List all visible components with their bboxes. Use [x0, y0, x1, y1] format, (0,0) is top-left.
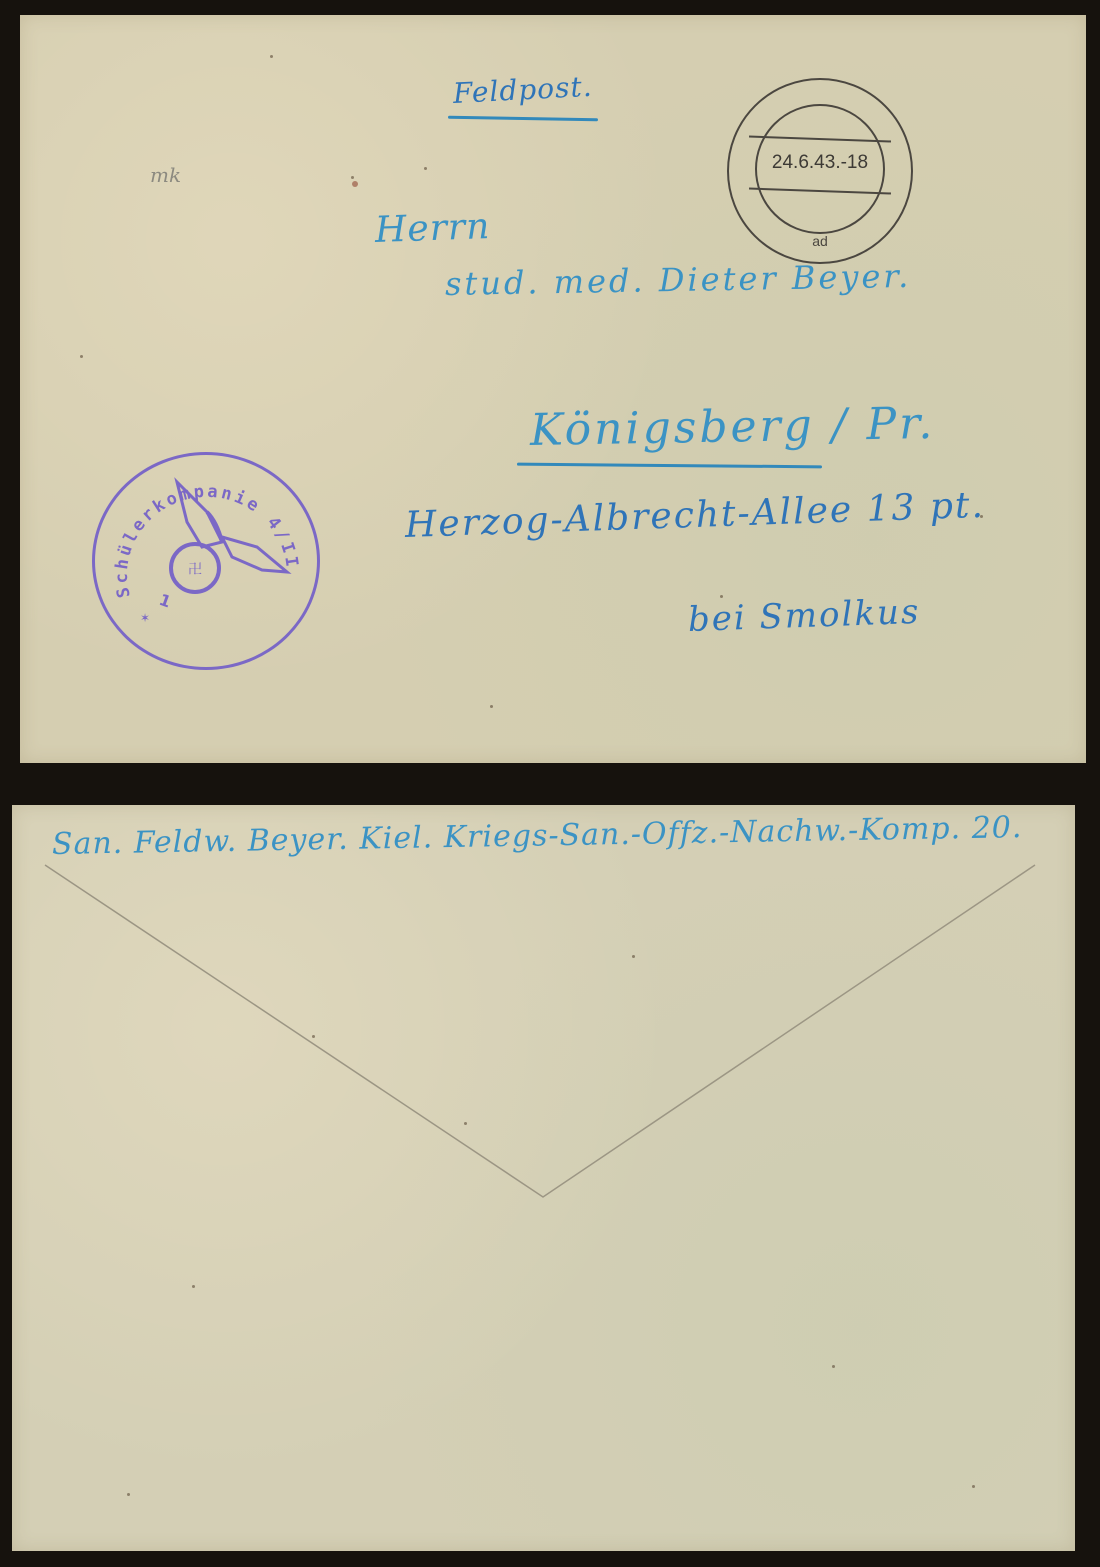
paper-speck — [312, 1035, 315, 1038]
pencil-mark: mk — [150, 163, 181, 187]
eagle-emblem-icon: Schülerkompanie 4/II 卍 1 ✶ — [92, 452, 320, 670]
paper-speck — [632, 955, 635, 958]
paper-speck — [127, 1493, 130, 1496]
paper-speck — [270, 55, 273, 58]
postmark-cancellation: 24.6.43.-18 ad — [727, 78, 913, 264]
city-underline — [517, 463, 822, 469]
address-street: Herzog-Albrecht-Allee 13 pt. — [404, 485, 985, 546]
paper-speck — [972, 1485, 975, 1488]
paper-speck — [720, 595, 723, 598]
address-salutation: Herrn — [374, 206, 491, 251]
svg-text:Schülerkompanie 4/II: Schülerkompanie 4/II — [112, 482, 302, 600]
paper-speck — [424, 167, 427, 170]
svg-text:1: 1 — [157, 590, 174, 612]
paper-stain — [352, 181, 358, 187]
paper-speck — [832, 1365, 835, 1368]
envelope-flap-lines — [12, 805, 1075, 1551]
svg-text:✶: ✶ — [140, 611, 150, 625]
address-city: Königsberg / Pr. — [530, 398, 936, 456]
postmark-date: 24.6.43.-18 — [755, 152, 885, 174]
paper-speck — [192, 1285, 195, 1288]
address-care-of: bei Smolkus — [687, 592, 921, 640]
paper-speck — [490, 705, 493, 708]
paper-speck — [351, 176, 354, 179]
paper-speck — [464, 1122, 467, 1125]
paper-speck — [80, 355, 83, 358]
address-name: stud. med. Dieter Beyer. — [445, 257, 912, 303]
feldpost-note: Feldpost. — [452, 70, 593, 110]
feldpost-underline — [448, 116, 598, 122]
svg-text:卍: 卍 — [188, 562, 202, 578]
envelope-back: San. Feldw. Beyer. Kiel. Kriegs-San.-Off… — [12, 805, 1075, 1551]
postmark-code: ad — [727, 233, 913, 249]
unit-handstamp: Schülerkompanie 4/II 卍 1 ✶ — [92, 452, 320, 670]
envelope-front: Feldpost. mk 24.6.43.-18 ad Herrn stud. … — [20, 15, 1086, 763]
